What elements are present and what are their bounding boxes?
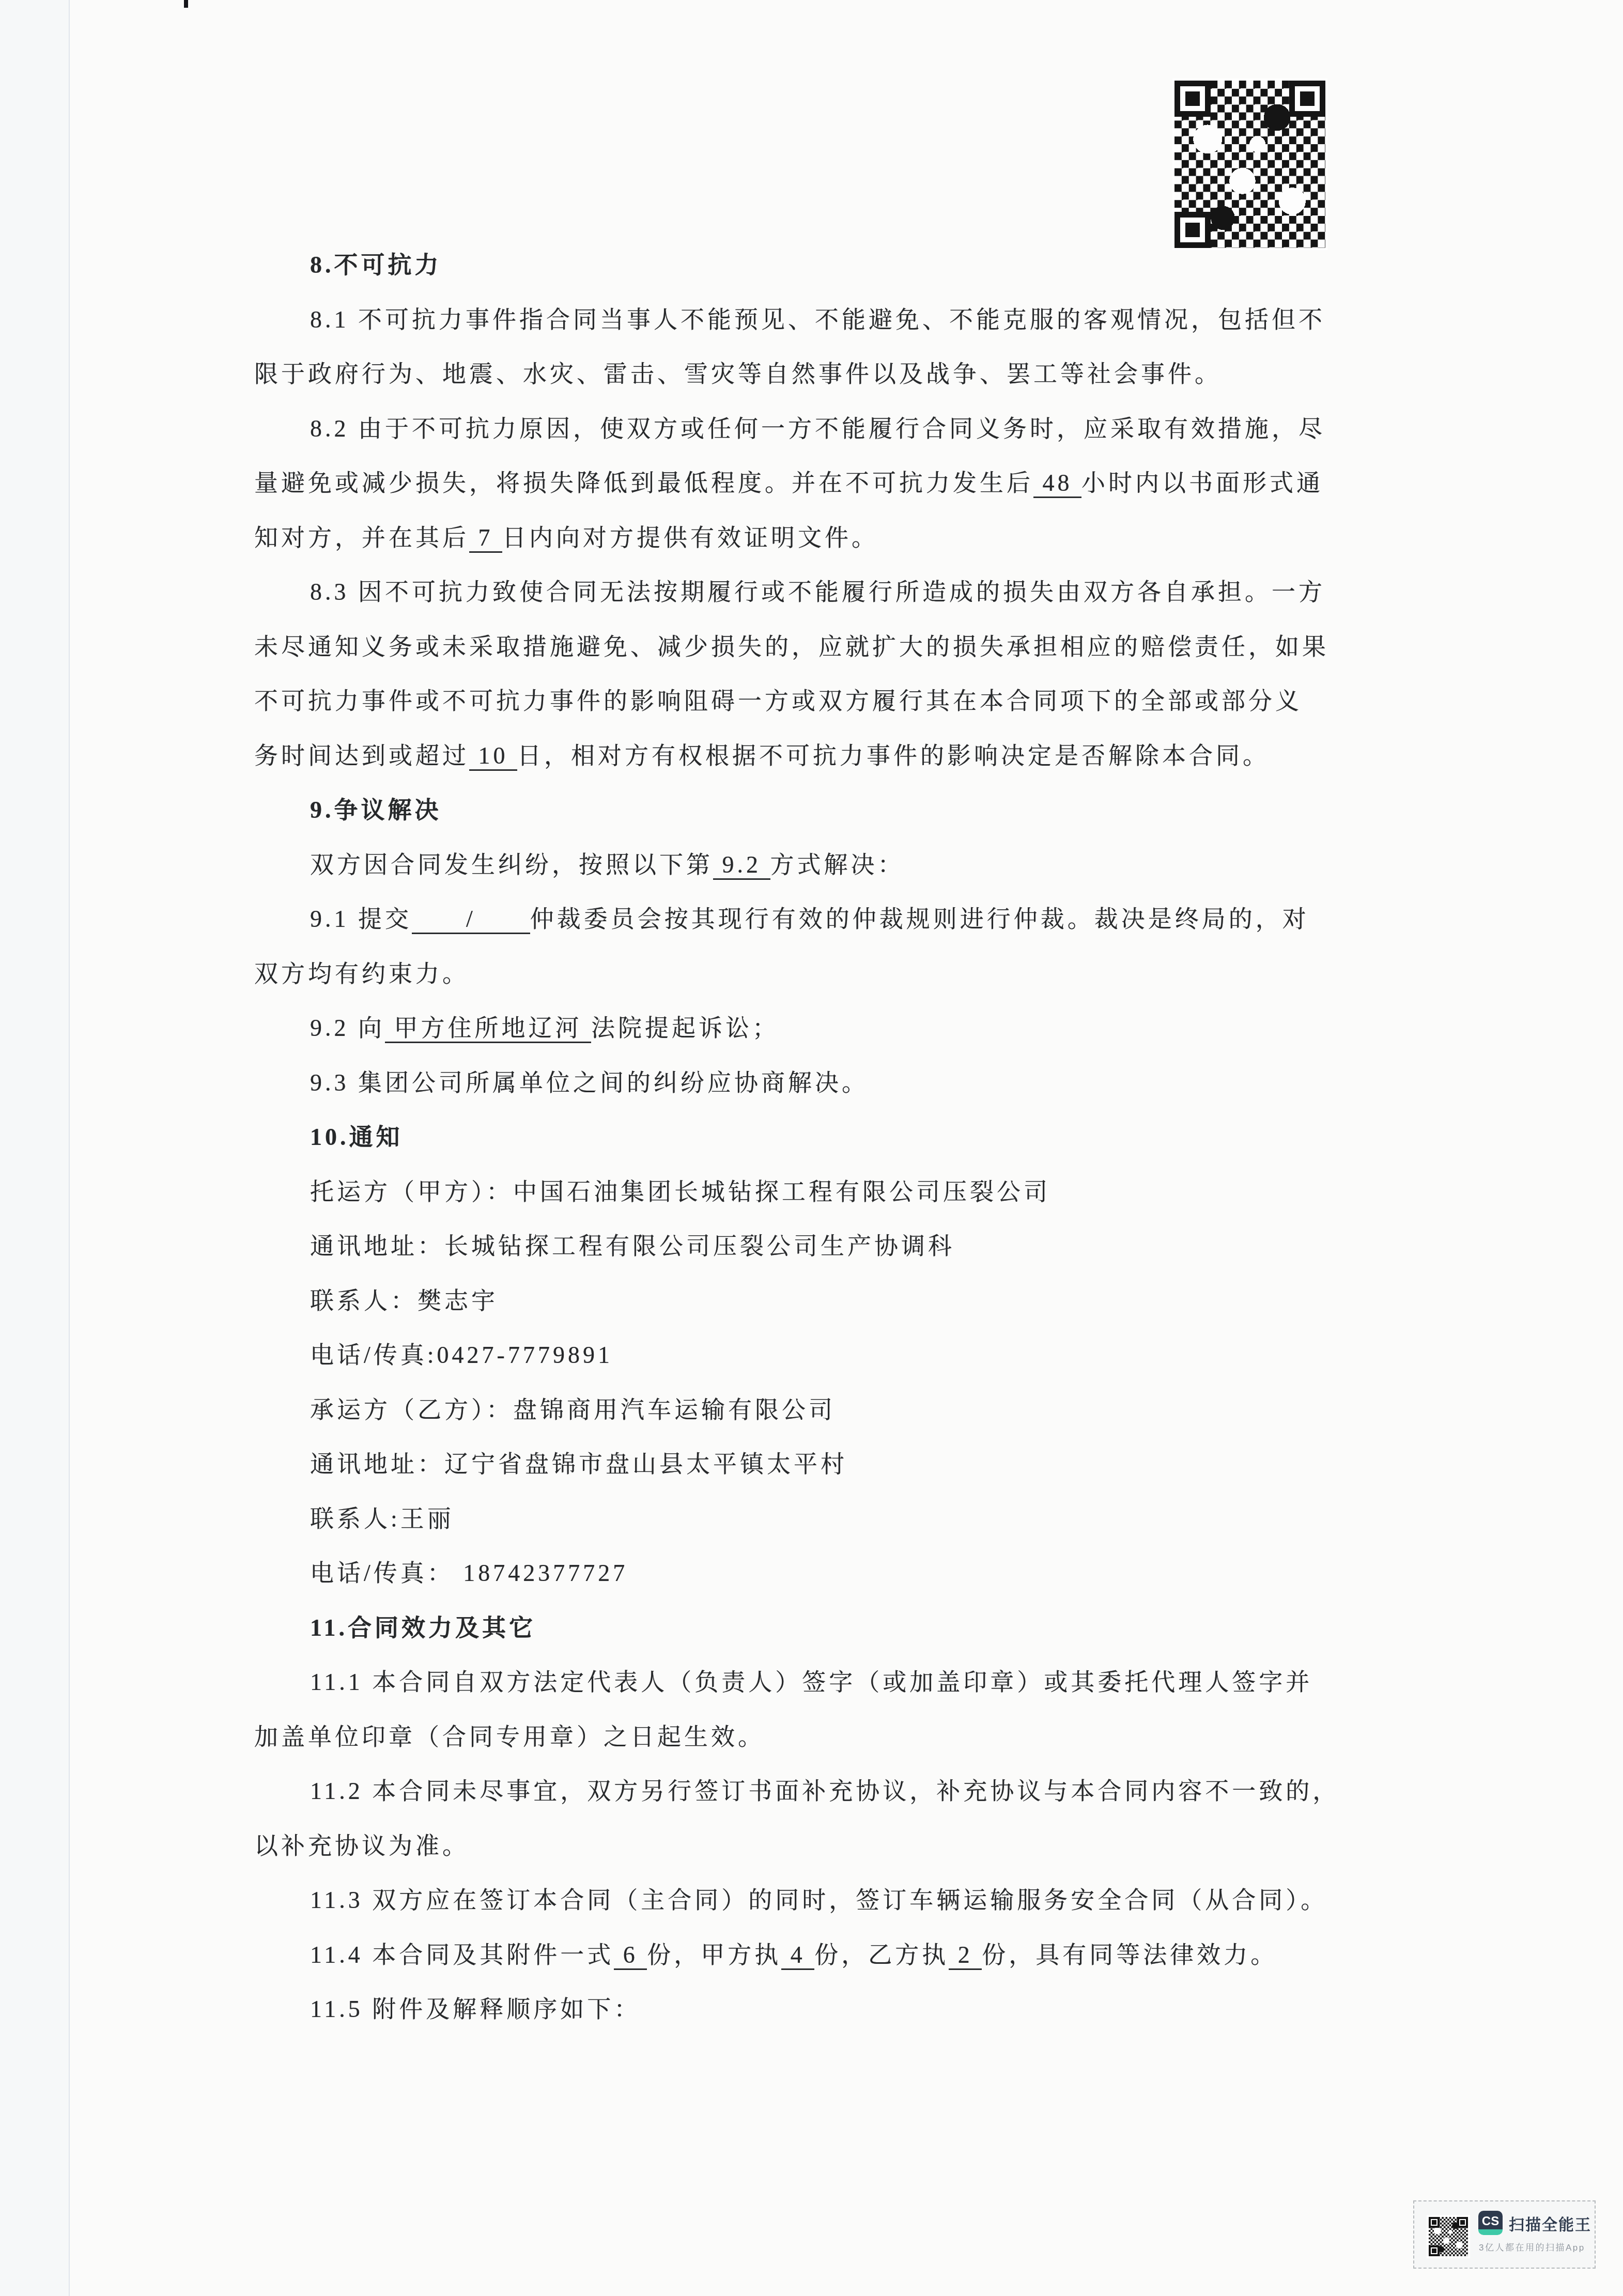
contract-text: 11.5 附件及解释顺序如下： bbox=[310, 1996, 641, 2022]
contract-text: 加盖单位印章（合同专用章）之日起生效。 bbox=[254, 1724, 765, 1750]
contract-text: 通讯地址：辽宁省盘锦市盘山县太平镇太平村 bbox=[310, 1451, 847, 1477]
contract-text: 9.3 集团公司所属单位之间的纠纷应协商解决。 bbox=[310, 1069, 869, 1096]
contract-text: 电话/传真:0427-7779891 bbox=[310, 1342, 613, 1368]
contract-text: 小时内以书面形式通 bbox=[1081, 470, 1323, 496]
contract-line: 未尽通知义务或未采取措施避免、减少损失的，应就扩大的损失承担相应的赔偿责任，如果 bbox=[254, 619, 1443, 674]
contract-line: 9.2 向 甲方住所地辽河 法院提起诉讼； bbox=[254, 1001, 1443, 1056]
contract-text: 11.2 本合同未尽事宜，双方另行签订书面补充协议，补充协议与本合同内容不一致的… bbox=[310, 1778, 1339, 1804]
app-icon-label: CS bbox=[1482, 2214, 1499, 2229]
contract-line: 电话/传真:0427-7779891 bbox=[254, 1328, 1443, 1383]
camscanner-watermark: CS 扫描全能王 3亿人都在用的扫描App bbox=[1413, 2200, 1596, 2269]
contract-line: 通讯地址：辽宁省盘锦市盘山县太平镇太平村 bbox=[254, 1437, 1443, 1492]
contract-text: 份，甲方执 bbox=[647, 1942, 781, 1968]
filled-blank: 甲方住所地辽河 bbox=[385, 1015, 591, 1043]
contract-text: 11.3 双方应在签订本合同（主合同）的同时，签订车辆运输服务安全合同（从合同）… bbox=[310, 1887, 1327, 1913]
qr-code bbox=[1172, 79, 1327, 250]
section-heading: 11.合同效力及其它 bbox=[254, 1601, 1443, 1655]
contract-line: 通讯地址：长城钻探工程有限公司压裂公司生产协调科 bbox=[254, 1219, 1443, 1274]
contract-text: 未尽通知义务或未采取措施避免、减少损失的，应就扩大的损失承担相应的赔偿责任，如果 bbox=[254, 633, 1329, 660]
contract-line: 限于政府行为、地震、水灾、雷击、雪灾等自然事件以及战争、罢工等社会事件。 bbox=[254, 347, 1443, 401]
contract-line: 11.3 双方应在签订本合同（主合同）的同时，签订车辆运输服务安全合同（从合同）… bbox=[254, 1873, 1443, 1928]
contract-line: 双方均有约束力。 bbox=[254, 947, 1443, 1001]
contract-text: 11.1 本合同自双方法定代表人（负责人）签字（或加盖印章）或其委托代理人签字并 bbox=[310, 1669, 1312, 1695]
contract-body: 8.不可抗力8.1 不可抗力事件指合同当事人不能预见、不能避免、不能克服的客观情… bbox=[254, 238, 1443, 2037]
contract-line: 联系人：樊志宇 bbox=[254, 1274, 1443, 1328]
contract-text: 11.4 本合同及其附件一式 bbox=[310, 1942, 614, 1968]
filled-blank: 6 bbox=[614, 1942, 647, 1970]
filled-blank: 4 bbox=[781, 1942, 814, 1970]
contract-text: 限于政府行为、地震、水灾、雷击、雪灾等自然事件以及战争、罢工等社会事件。 bbox=[254, 361, 1222, 387]
section-heading: 10.通知 bbox=[254, 1110, 1443, 1165]
scan-tick-mark bbox=[184, 0, 188, 8]
contract-text: 份，乙方执 bbox=[814, 1942, 949, 1968]
contract-text: 以补充协议为准。 bbox=[254, 1833, 469, 1859]
contract-text: 承运方（乙方）：盘锦商用汽车运输有限公司 bbox=[310, 1397, 836, 1423]
qr-finder-icon bbox=[1289, 81, 1325, 117]
contract-text: 通讯地址：长城钻探工程有限公司压裂公司生产协调科 bbox=[310, 1233, 955, 1259]
contract-line: 8.3 因不可抗力致使合同无法按期履行或不能履行所造成的损失由双方各自承担。一方 bbox=[254, 565, 1443, 619]
contract-text: 双方因合同发生纠纷，按照以下第 bbox=[310, 851, 713, 878]
filled-blank: 48 bbox=[1033, 470, 1081, 498]
filled-blank: 7 bbox=[469, 524, 502, 553]
contract-line: 知对方，并在其后 7 日内向对方提供有效证明文件。 bbox=[254, 510, 1443, 565]
filled-blank: 2 bbox=[949, 1942, 982, 1970]
contract-line: 8.1 不可抗力事件指合同当事人不能预见、不能避免、不能克服的客观情况，包括但不 bbox=[254, 292, 1443, 347]
filled-blank: 9.2 bbox=[713, 851, 770, 880]
contract-line: 以补充协议为准。 bbox=[254, 1819, 1443, 1873]
contract-text: 9.1 提交 bbox=[310, 906, 412, 932]
contract-line: 11.4 本合同及其附件一式 6 份，甲方执 4 份，乙方执 2 份，具有同等法… bbox=[254, 1928, 1443, 1982]
contract-line: 托运方（甲方）：中国石油集团长城钻探工程有限公司压裂公司 bbox=[254, 1165, 1443, 1219]
contract-text: 9.2 向 bbox=[310, 1015, 385, 1041]
contract-text: 务时间达到或超过 bbox=[254, 742, 469, 769]
contract-text: 日，相对方有权根据不可抗力事件的影响决定是否解除本合同。 bbox=[517, 742, 1270, 769]
scanned-contract-page: 8.不可抗力8.1 不可抗力事件指合同当事人不能预见、不能避免、不能克服的客观情… bbox=[0, 0, 1623, 2296]
contract-line: 8.2 由于不可抗力原因，使双方或任何一方不能履行合同义务时，应采取有效措施，尽 bbox=[254, 401, 1443, 456]
contract-text: 电话/传真： 18742377727 bbox=[310, 1560, 628, 1586]
filled-blank: 10 bbox=[469, 742, 517, 771]
scan-line-artifact bbox=[69, 0, 70, 2296]
contract-text: 方式解决： bbox=[770, 851, 905, 878]
contract-line: 双方因合同发生纠纷，按照以下第 9.2 方式解决： bbox=[254, 837, 1443, 892]
contract-line: 务时间达到或超过 10 日，相对方有权根据不可抗力事件的影响决定是否解除本合同。 bbox=[254, 728, 1443, 783]
contract-line: 11.1 本合同自双方法定代表人（负责人）签字（或加盖印章）或其委托代理人签字并 bbox=[254, 1655, 1443, 1710]
section-heading: 9.争议解决 bbox=[254, 783, 1443, 837]
contract-line: 电话/传真： 18742377727 bbox=[254, 1546, 1443, 1601]
contract-text: 8.1 不可抗力事件指合同当事人不能预见、不能避免、不能克服的客观情况，包括但不 bbox=[310, 306, 1325, 333]
qr-finder-icon bbox=[1457, 2217, 1468, 2228]
contract-text: 不可抗力事件或不可抗力事件的影响阻碍一方或双方履行其在本合同项下的全部或部分义 bbox=[254, 688, 1302, 714]
contract-text: 8.不可抗力 bbox=[310, 252, 442, 278]
contract-text: 法院提起诉讼； bbox=[591, 1015, 779, 1041]
watermark-subtitle: 3亿人都在用的扫描App bbox=[1479, 2240, 1592, 2253]
contract-line: 11.5 附件及解释顺序如下： bbox=[254, 1982, 1443, 2037]
contract-line: 量避免或减少损失，将损失降低到最低程度。并在不可抗力发生后 48 小时内以书面形… bbox=[254, 456, 1443, 510]
watermark-qr-code bbox=[1427, 2215, 1470, 2258]
contract-line: 9.3 集团公司所属单位之间的纠纷应协商解决。 bbox=[254, 1056, 1443, 1110]
contract-line: 11.2 本合同未尽事宜，双方另行签订书面补充协议，补充协议与本合同内容不一致的… bbox=[254, 1764, 1443, 1819]
contract-text: 联系人:王丽 bbox=[310, 1506, 454, 1532]
camscanner-app-icon: CS bbox=[1478, 2211, 1503, 2235]
contract-text: 知对方，并在其后 bbox=[254, 524, 469, 551]
contract-text: 8.2 由于不可抗力原因，使双方或任何一方不能履行合同义务时，应采取有效措施，尽 bbox=[310, 415, 1325, 442]
contract-text: 仲裁委员会按其现行有效的仲裁规则进行仲裁。裁决是终局的，对 bbox=[530, 906, 1309, 932]
contract-text: 双方均有约束力。 bbox=[254, 960, 469, 987]
contract-text: 量避免或减少损失，将损失降低到最低程度。并在不可抗力发生后 bbox=[254, 470, 1033, 496]
contract-line: 承运方（乙方）：盘锦商用汽车运输有限公司 bbox=[254, 1383, 1443, 1437]
scan-edge-artifact bbox=[0, 0, 69, 2296]
filled-blank: / bbox=[412, 906, 530, 934]
contract-line: 加盖单位印章（合同专用章）之日起生效。 bbox=[254, 1710, 1443, 1764]
qr-finder-icon bbox=[1429, 2217, 1440, 2228]
section-heading: 8.不可抗力 bbox=[254, 238, 1443, 292]
qr-finder-icon bbox=[1174, 81, 1211, 117]
qr-finder-icon bbox=[1429, 2245, 1440, 2256]
contract-line: 9.1 提交 / 仲裁委员会按其现行有效的仲裁规则进行仲裁。裁决是终局的，对 bbox=[254, 892, 1443, 947]
watermark-title: 扫描全能王 bbox=[1509, 2212, 1591, 2235]
contract-text: 份，具有同等法律效力。 bbox=[982, 1942, 1277, 1968]
contract-text: 托运方（甲方）：中国石油集团长城钻探工程有限公司压裂公司 bbox=[310, 1178, 1050, 1205]
contract-text: 联系人：樊志宇 bbox=[310, 1287, 498, 1314]
contract-text: 11.合同效力及其它 bbox=[310, 1615, 536, 1641]
contract-text: 8.3 因不可抗力致使合同无法按期履行或不能履行所造成的损失由双方各自承担。一方 bbox=[310, 579, 1325, 605]
contract-text: 9.争议解决 bbox=[310, 797, 442, 823]
contract-line: 不可抗力事件或不可抗力事件的影响阻碍一方或双方履行其在本合同项下的全部或部分义 bbox=[254, 674, 1443, 728]
contract-text: 日内向对方提供有效证明文件。 bbox=[502, 524, 878, 551]
contract-text: 10.通知 bbox=[310, 1124, 403, 1150]
contract-line: 联系人:王丽 bbox=[254, 1492, 1443, 1546]
